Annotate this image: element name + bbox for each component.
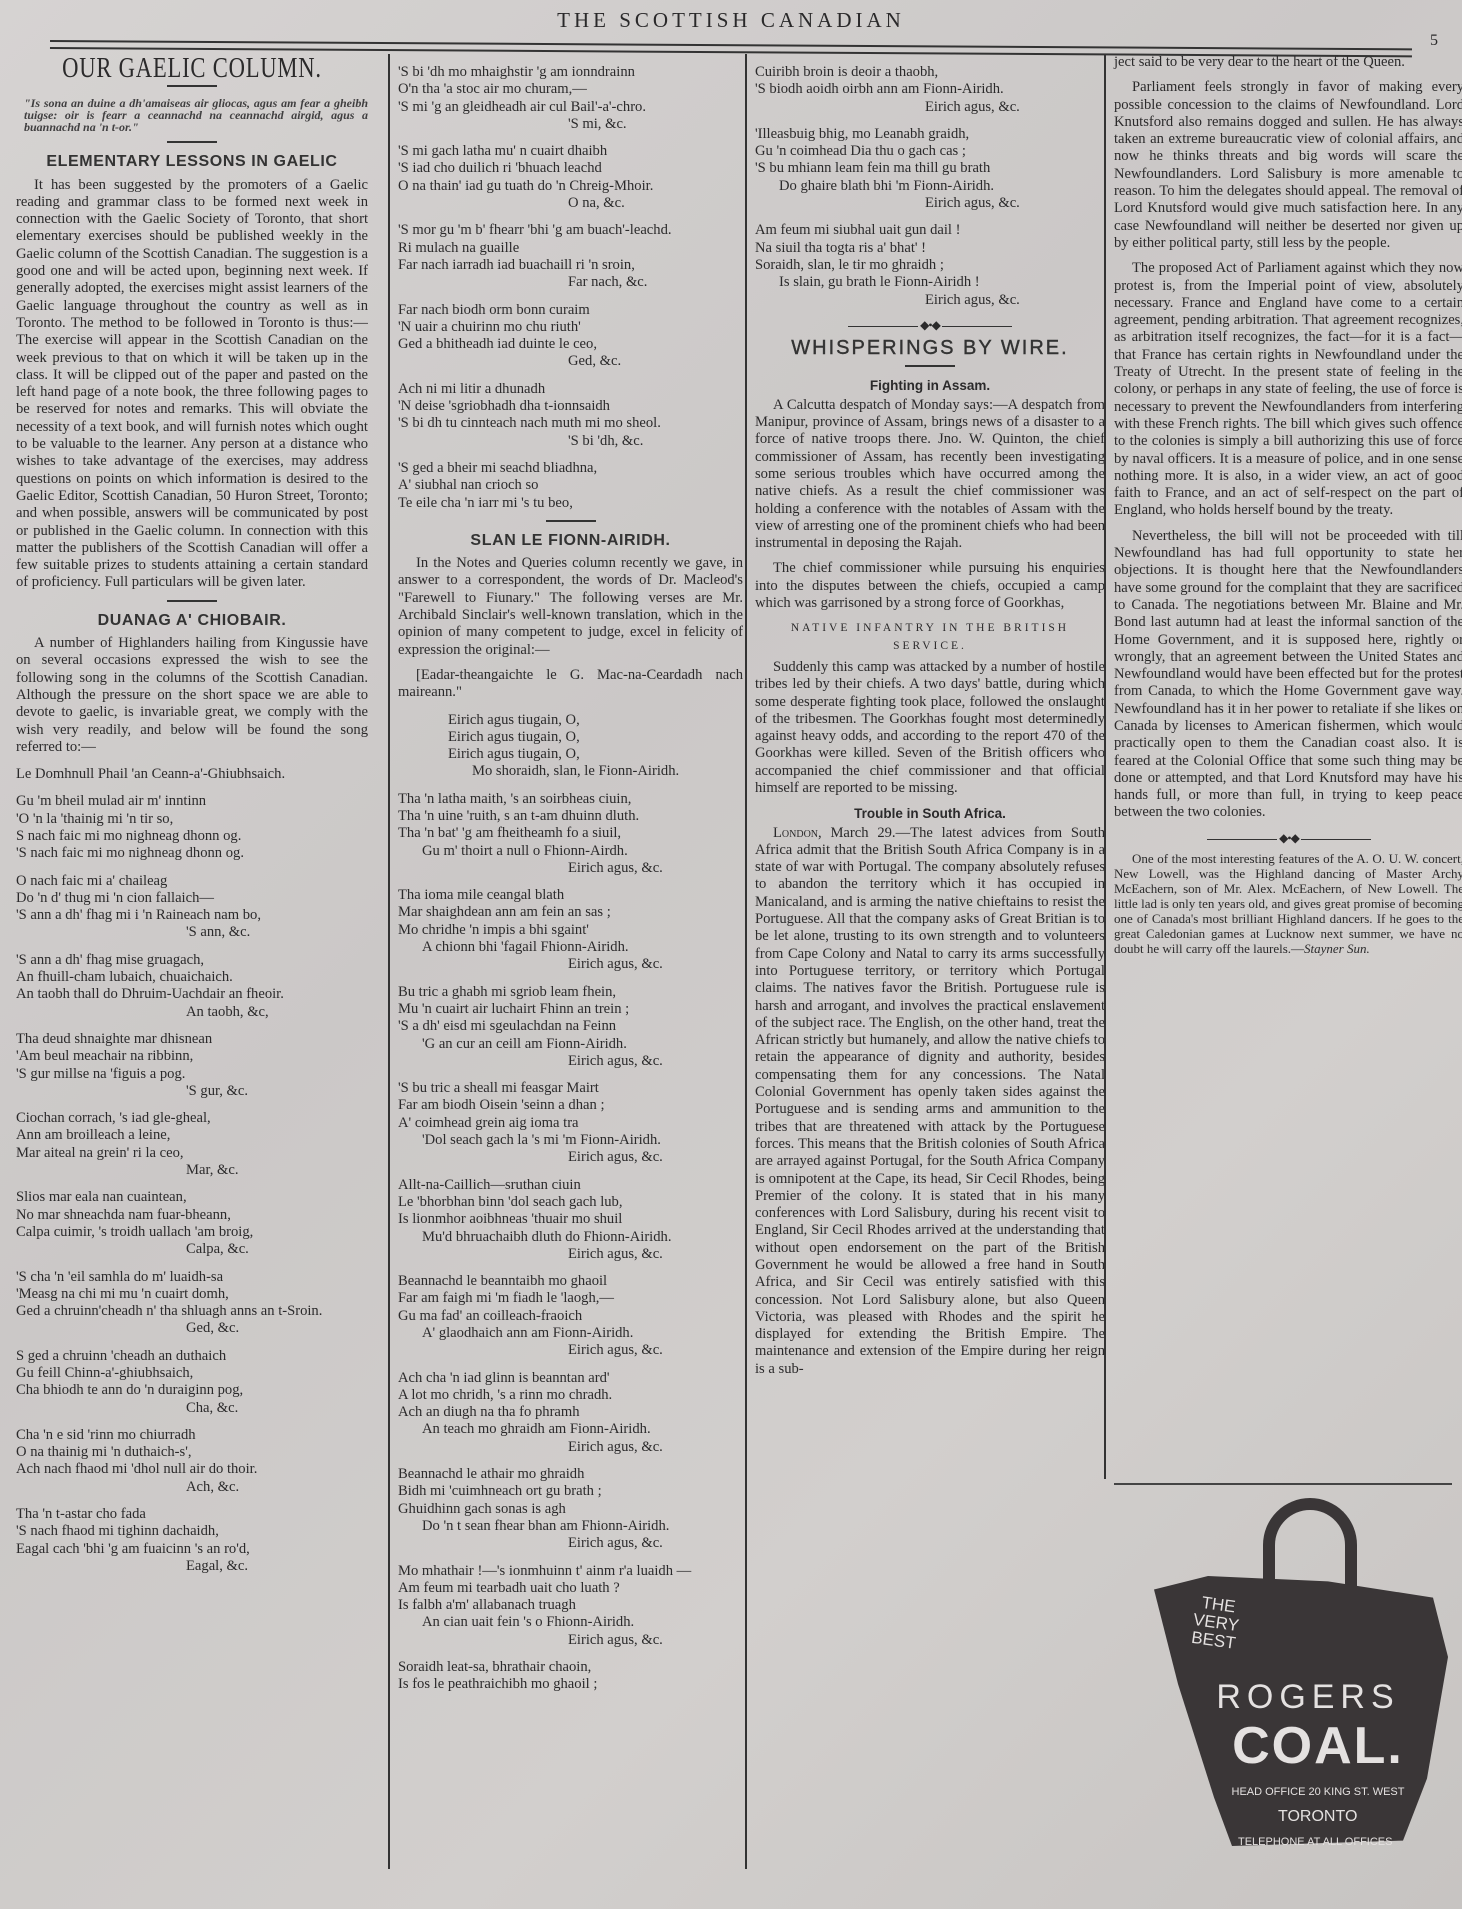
ad-telephone: TELEPHONE AT ALL OFFICES — [1238, 1836, 1392, 1848]
ad-divider — [1114, 1483, 1452, 1485]
verse-line: A' siubhal nan crioch so — [398, 477, 743, 494]
chorus-cue: Eagal, &c. — [16, 1558, 368, 1575]
slan-verses-continued: Cuiribh broin is deoir a thaobh,'S biodh… — [755, 64, 1105, 309]
verse-line: Mu 'n cuairt air luchairt Fhinn an trein… — [398, 1001, 743, 1018]
verse-line: 'S iad cho duilich ri 'bhuach leachd — [398, 160, 743, 177]
verse-line: 'S nach fhaod mi tighinn dachaidh, — [16, 1523, 368, 1540]
verse-line: Bu tric a ghabh mi sgriob leam fhein, — [398, 984, 743, 1001]
verse-line: Mo chridhe 'n impis a bhi sgaint' — [398, 922, 743, 939]
verse-line: 'S cha 'n 'eil samhla do m' luaidh-sa — [16, 1269, 368, 1286]
verse-line: Beannachd le beanntaibh mo ghaoil — [398, 1273, 743, 1290]
ad-address: HEAD OFFICE 20 KING ST. WEST — [1208, 1786, 1428, 1799]
verse: Beannachd le athair mo ghraidhBidh mi 'c… — [398, 1466, 743, 1552]
column-4: ject said to be very dear to the heart o… — [1104, 54, 1462, 1479]
verse-line: 'O 'n la 'thainig mi 'n tir so, — [16, 811, 368, 828]
verse-line: Soraidh, slan, le tir mo ghraidh ; — [755, 257, 1105, 274]
ad-brand: ROGERS — [1178, 1678, 1438, 1717]
verse: O nach faic mi a' chaileagDo 'n d' thug … — [16, 873, 368, 942]
chorus-cue: Cha, &c. — [16, 1400, 368, 1417]
verse-line: Tha 'n latha maith, 's an soirbheas ciui… — [398, 791, 743, 808]
verse-line: Te eile cha 'n iarr mi 's tu beo, — [398, 495, 743, 512]
verse-line: Tha ioma mile ceangal blath — [398, 887, 743, 904]
verse-line: Beannachd le athair mo ghraidh — [398, 1466, 743, 1483]
verse-line: 'N deise 'sgriobhadh dha t-ionnsaidh — [398, 398, 743, 415]
verse-line: Am feum mi siubhal uait gun dail ! — [755, 222, 1105, 239]
chorus-cue: 'S bi 'dh, &c. — [398, 433, 743, 450]
verse-line: Far am faigh mi 'm fiadh le 'laogh,— — [398, 1290, 743, 1307]
duanag-verses-continued: 'S bi 'dh mo mhaighstir 'g am ionndrainn… — [398, 64, 743, 512]
verse: Cuiribh broin is deoir a thaobh,'S biodh… — [755, 64, 1105, 116]
verse-line: 'S mi 'g an gleidheadh air cul Bail'-a'-… — [398, 99, 743, 116]
verse: 'S ann a dh' fhag mise gruagach,An fhuil… — [16, 952, 368, 1021]
page-number: 5 — [1430, 32, 1438, 50]
verse-line: Mo mhathair !—'s ionmhuinn t' ainm r'a l… — [398, 1563, 743, 1580]
verse-line: Far nach iarradh iad buachaill ri 'n sro… — [398, 257, 743, 274]
verse-line: Far am biodh Oisein 'seinn a dhan ; — [398, 1097, 743, 1114]
verse: Gu 'm bheil mulad air m' inntinn'O 'n la… — [16, 793, 368, 862]
africa-para: London, March 29.—The latest advices fro… — [755, 825, 1105, 1379]
verse-line: Tha deud shnaighte mar dhisnean — [16, 1031, 368, 1048]
verse: Slios mar eala nan cuaintean,No mar shne… — [16, 1189, 368, 1258]
verse-line: Do ghaire blath bhi 'm Fionn-Airidh. — [755, 178, 1105, 195]
verse-line: O nach faic mi a' chaileag — [16, 873, 368, 890]
ornament-divider: ◆•◆ — [755, 317, 1105, 334]
verse-line: Ghuidhinn gach sonas is agh — [398, 1501, 743, 1518]
slan-verses: Tha 'n latha maith, 's an soirbheas ciui… — [398, 791, 743, 1694]
chorus-cue: Ged, &c. — [16, 1320, 368, 1337]
verse-line: Allt-na-Caillich—sruthan ciuin — [398, 1177, 743, 1194]
chorus-cue: Ach, &c. — [16, 1479, 368, 1496]
verse-line: Is lionmhor aoibhneas 'thuair mo shuil — [398, 1211, 743, 1228]
chorus-cue: 'S gur, &c. — [16, 1083, 368, 1100]
notice-source: Stayner Sun. — [1304, 941, 1370, 956]
verse-line: Is slain, gu brath le Fionn-Airidh ! — [755, 274, 1105, 291]
verse: Allt-na-Caillich—sruthan ciuinLe 'bhorbh… — [398, 1177, 743, 1263]
verse-line: 'S a dh' eisd mi sgeulachdan na Feinn — [398, 1018, 743, 1035]
gaelic-column-title: OUR GAELIC COLUMN. — [55, 60, 330, 77]
africa-subheading: Trouble in South Africa. — [755, 805, 1105, 822]
verse-line: An fhuill-cham lubaich, chuaichaich. — [16, 969, 368, 986]
verse-line: An teach mo ghraidh am Fionn-Airidh. — [398, 1421, 743, 1438]
verse-line: Mu'd bhruachaibh dluth do Fhionn-Airidh. — [398, 1229, 743, 1246]
verse-line: 'S bi 'dh mo mhaighstir 'g am ionndrainn — [398, 64, 743, 81]
slan-translator: [Eadar-theangaichte le G. Mac-na-Ceardad… — [398, 667, 743, 702]
refrain-line: Eirich agus tiugain, O, — [448, 712, 743, 729]
verse: 'S mi gach latha mu' n cuairt dhaibh'S i… — [398, 143, 743, 212]
chorus-cue: Eirich agus, &c. — [755, 99, 1105, 116]
verse-line: 'S ann a dh' fhag mi i 'n Raineach nam b… — [16, 907, 368, 924]
assam-para-3: Suddenly this camp was attacked by a num… — [755, 659, 1105, 797]
verse: Tha deud shnaighte mar dhisnean'Am beul … — [16, 1031, 368, 1100]
verse-line: No mar shneachda nam fuar-bheann, — [16, 1207, 368, 1224]
ad-tagline: THE VERY BEST — [1173, 1591, 1260, 1656]
verse-line: Gu 'm bheil mulad air m' inntinn — [16, 793, 368, 810]
ad-product: COAL. — [1198, 1716, 1438, 1776]
ornament-divider: ◆•◆ — [1114, 830, 1462, 847]
chorus-cue: Eirich agus, &c. — [398, 956, 743, 973]
verse-line: 'S mi gach latha mu' n cuairt dhaibh — [398, 143, 743, 160]
verse-line: Ann am broilleach a leine, — [16, 1127, 368, 1144]
whisperings-heading: WHISPERINGS BY WIRE. — [755, 340, 1105, 357]
column-1: OUR GAELIC COLUMN. "Is sona an duine a d… — [16, 54, 368, 1869]
verse-line: O'n tha 'a stoc air mo churam,— — [398, 81, 743, 98]
verse-line: Tha 'n bat' 'g am fheitheamh fo a siuil, — [398, 825, 743, 842]
notice-text: One of the most interesting features of … — [1114, 851, 1462, 956]
rogers-coal-advertisement: THE VERY BEST ROGERS COAL. HEAD OFFICE 2… — [1128, 1486, 1448, 1886]
chorus-cue: Eirich agus, &c. — [398, 860, 743, 877]
verse-line: 'Dol seach gach la 's mi 'm Fionn-Airidh… — [398, 1132, 743, 1149]
duanag-intro: A number of Highlanders hailing from Kin… — [16, 635, 368, 756]
verse: 'S cha 'n 'eil samhla do m' luaidh-sa'Me… — [16, 1269, 368, 1338]
chorus-cue: Calpa, &c. — [16, 1241, 368, 1258]
chorus-cue: Eirich agus, &c. — [398, 1632, 743, 1649]
newfoundland-para-2: The proposed Act of Parliament against w… — [1114, 260, 1462, 519]
refrain-line: Mo shoraidh, slan, le Fionn-Airidh. — [448, 763, 743, 780]
chorus-cue: O na, &c. — [398, 195, 743, 212]
verse: 'S ged a bheir mi seachd bliadhna,A' siu… — [398, 460, 743, 512]
verse-line: An taobh thall do Dhruim-Uachdair an fhe… — [16, 986, 368, 1003]
verse-line: 'N uair a chuirinn mo chu riuth' — [398, 319, 743, 336]
verse: Cha 'n e sid 'rinn mo chiurradhO na thai… — [16, 1427, 368, 1496]
verse: Mo mhathair !—'s ionmhuinn t' ainm r'a l… — [398, 1563, 743, 1649]
chorus-cue: Eirich agus, &c. — [398, 1149, 743, 1166]
verse-line: S nach faic mi mo nighneag dhonn og. — [16, 828, 368, 845]
chorus-cue: Eirich agus, &c. — [398, 1342, 743, 1359]
chorus-cue: Eirich agus, &c. — [398, 1246, 743, 1263]
verse-line: Ciochan corrach, 's iad gle-gheal, — [16, 1110, 368, 1127]
chorus-cue: Mar, &c. — [16, 1162, 368, 1179]
verse-line: Bidh mi 'cuimhneach ort gu brath ; — [398, 1483, 743, 1500]
verse-line: 'S mor gu 'm b' fhearr 'bhi 'g am buach'… — [398, 222, 743, 239]
chorus-cue: Eirich agus, &c. — [755, 195, 1105, 212]
verse-line: 'S bu mhiann leam fein ma thill gu brath — [755, 160, 1105, 177]
verse-line: Le 'bhorbhan binn 'dol seach gach lub, — [398, 1194, 743, 1211]
slan-refrain: Eirich agus tiugain, O, Eirich agus tiug… — [398, 712, 743, 781]
refrain-line: Eirich agus tiugain, O, — [448, 729, 743, 746]
gaelic-motto: "Is sona an duine a dh'amaiseas air glio… — [16, 97, 368, 133]
verse-line: Ri mulach na guaille — [398, 240, 743, 257]
duanag-heading: DUANAG A' CHIOBAIR. — [16, 612, 368, 629]
verse-line: 'S biodh aoidh oirbh ann am Fionn-Airidh… — [755, 81, 1105, 98]
lessons-body: It has been suggested by the promoters o… — [16, 177, 368, 592]
verse-line: 'S ged a bheir mi seachd bliadhna, — [398, 460, 743, 477]
verse-line: A' glaodhaich ann am Fionn-Airidh. — [398, 1325, 743, 1342]
song-byline: Le Domhnull Phail 'an Ceann-a'-Ghiubhsai… — [16, 766, 368, 783]
verse-line: Ged a bhitheadh iad duinte le ceo, — [398, 336, 743, 353]
divider — [167, 600, 217, 602]
verse: Far nach biodh orm bonn curaim'N uair a … — [398, 302, 743, 371]
verse: 'S mor gu 'm b' fhearr 'bhi 'g am buach'… — [398, 222, 743, 291]
verse-line: A' coimhead grein aig ioma tra — [398, 1115, 743, 1132]
newfoundland-para-1: Parliament feels strongly in favor of ma… — [1114, 79, 1462, 252]
verse: Tha 'n latha maith, 's an soirbheas ciui… — [398, 791, 743, 877]
verse-line: Ged a chruinn'cheadh n' tha shluagh anns… — [16, 1303, 368, 1320]
verse-line: Ach nach fhaod mi 'dhol null air do thoi… — [16, 1461, 368, 1478]
verse: 'Illeasbuig bhig, mo Leanabh graidh,Gu '… — [755, 126, 1105, 212]
verse: Ach cha 'n iad glinn is beanntan ard'A l… — [398, 1370, 743, 1456]
verse-line: Do 'n d' thug mi 'n cion fallaich— — [16, 890, 368, 907]
divider — [167, 141, 217, 143]
verse-line: 'Measg na chi mi mu 'n cuairt domh, — [16, 1286, 368, 1303]
verse-line: Slios mar eala nan cuaintean, — [16, 1189, 368, 1206]
verse-line: An cian uait fein 's o Fhionn-Airidh. — [398, 1614, 743, 1631]
assam-subheading: Fighting in Assam. — [755, 377, 1105, 394]
verse-line: 'S ann a dh' fhag mise gruagach, — [16, 952, 368, 969]
verse-line: A chionn bhi 'fagail Fhionn-Airidh. — [398, 939, 743, 956]
chorus-cue: Eirich agus, &c. — [755, 292, 1105, 309]
verse-line: O na thain' iad gu tuath do 'n Chreig-Mh… — [398, 178, 743, 195]
verse: Soraidh leat-sa, bhrathair chaoin,Is fos… — [398, 1659, 743, 1694]
verse-line: Ach an diugh na tha fo phramh — [398, 1404, 743, 1421]
assam-para-2: The chief commissioner while pursuing hi… — [755, 560, 1105, 612]
verse-line: 'S bi dh tu cinnteach nach muth mi mo sh… — [398, 415, 743, 432]
verse-line: Na siuil tha togta ris a' bhat' ! — [755, 240, 1105, 257]
chorus-cue: Far nach, &c. — [398, 274, 743, 291]
verse-line: 'S nach faic mi mo nighneag dhonn og. — [16, 845, 368, 862]
verse-line: O na thainig mi 'n duthaich-s', — [16, 1444, 368, 1461]
verse-line: Far nach biodh orm bonn curaim — [398, 302, 743, 319]
verse-line: Is falbh a'm' allabanach truagh — [398, 1597, 743, 1614]
chorus-cue: 'S ann, &c. — [16, 924, 368, 941]
chorus-cue: Eirich agus, &c. — [398, 1439, 743, 1456]
chorus-cue: An taobh, &c, — [16, 1004, 368, 1021]
lessons-heading: ELEMENTARY LESSONS IN GAELIC — [16, 153, 368, 170]
verse-line: Calpa cuimir, 's troidh uallach 'am broi… — [16, 1224, 368, 1241]
verse-line: Gu ma fad' an coilleach-fraoich — [398, 1308, 743, 1325]
refrain-line: Eirich agus tiugain, O, — [448, 746, 743, 763]
native-infantry-heading: NATIVE INFANTRY IN THE BRITISH SERVICE. — [755, 620, 1105, 655]
verse: Bu tric a ghabh mi sgriob leam fhein,Mu … — [398, 984, 743, 1070]
verse-line: Cuiribh broin is deoir a thaobh, — [755, 64, 1105, 81]
masthead-title: THE SCOTTISH CANADIAN — [0, 8, 1462, 33]
ad-city: TORONTO — [1278, 1808, 1357, 1826]
verse-line: Do 'n t sean fhear bhan am Fhionn-Airidh… — [398, 1518, 743, 1535]
chorus-cue: 'S mi, &c. — [398, 116, 743, 133]
verse: 'S bi 'dh mo mhaighstir 'g am ionndrainn… — [398, 64, 743, 133]
verse-line: 'G an cur an ceill am Fionn-Airidh. — [398, 1036, 743, 1053]
column-2: 'S bi 'dh mo mhaighstir 'g am ionndrainn… — [388, 54, 743, 1869]
verse: Am feum mi siubhal uait gun dail !Na siu… — [755, 222, 1105, 308]
verse-line: 'Illeasbuig bhig, mo Leanabh graidh, — [755, 126, 1105, 143]
verse-line: Ach ni mi litir a dhunadh — [398, 381, 743, 398]
verse: 'S bu tric a sheall mi feasgar MairtFar … — [398, 1080, 743, 1166]
chorus-cue: Ged, &c. — [398, 353, 743, 370]
verse-line: S ged a chruinn 'cheadh an duthaich — [16, 1348, 368, 1365]
verse: S ged a chruinn 'cheadh an duthaichGu fe… — [16, 1348, 368, 1417]
slan-intro: In the Notes and Queries column recently… — [398, 555, 743, 659]
chorus-cue: Eirich agus, &c. — [398, 1053, 743, 1070]
duanag-verses: Gu 'm bheil mulad air m' inntinn'O 'n la… — [16, 793, 368, 1575]
verse-line: Is fos le peathraichibh mo ghaoil ; — [398, 1676, 743, 1693]
verse-line: Cha bhiodh te ann do 'n duraiginn pog, — [16, 1382, 368, 1399]
verse: Tha ioma mile ceangal blathMar shaighdea… — [398, 887, 743, 973]
verse: Ciochan corrach, 's iad gle-gheal,Ann am… — [16, 1110, 368, 1179]
africa-text: March 29.—The latest advices from South … — [755, 825, 1105, 1377]
verse-line: Mar aiteal na grein' ri la ceo, — [16, 1145, 368, 1162]
dateline: London, — [773, 825, 822, 841]
verse-line: Soraidh leat-sa, bhrathair chaoin, — [398, 1659, 743, 1676]
divider — [167, 85, 217, 87]
assam-para-1: A Calcutta despatch of Monday says:—A de… — [755, 397, 1105, 553]
verse: Beannachd le beanntaibh mo ghaoilFar am … — [398, 1273, 743, 1359]
verse: Ach ni mi litir a dhunadh'N deise 'sgrio… — [398, 381, 743, 450]
verse-line: Gu 'n coimhead Dia thu o gach cas ; — [755, 143, 1105, 160]
verse-line: Tha 'n uine 'ruith, s an t-am dhuinn dlu… — [398, 808, 743, 825]
verse-line: 'S bu tric a sheall mi feasgar Mairt — [398, 1080, 743, 1097]
verse-line: Cha 'n e sid 'rinn mo chiurradh — [16, 1427, 368, 1444]
divider — [905, 365, 955, 367]
verse-line: 'S gur millse na 'figuis a pog. — [16, 1066, 368, 1083]
verse-line: Gu m' thoirt a null o Fhionn-Airdh. — [398, 843, 743, 860]
highland-dancer-notice: One of the most interesting features of … — [1114, 851, 1462, 956]
verse-line: Gu feill Chinn-a'-ghiubhsaich, — [16, 1365, 368, 1382]
verse-line: Mar shaighdean ann am fein an sas ; — [398, 904, 743, 921]
verse-line: Am feum mi tearbadh uait cho luath ? — [398, 1580, 743, 1597]
divider — [546, 520, 596, 522]
verse-line: A lot mo chridh, 's a rinn mo chradh. — [398, 1387, 743, 1404]
verse-line: Tha 'n t-astar cho fada — [16, 1506, 368, 1523]
newfoundland-para-3: Nevertheless, the bill will not be proce… — [1114, 528, 1462, 822]
verse: Tha 'n t-astar cho fada'S nach fhaod mi … — [16, 1506, 368, 1575]
verse-line: 'Am beul meachair na ribbinn, — [16, 1048, 368, 1065]
verse-line: Ach cha 'n iad glinn is beanntan ard' — [398, 1370, 743, 1387]
continued-text: ject said to be very dear to the heart o… — [1114, 54, 1462, 71]
column-3: Cuiribh broin is deoir a thaobh,'S biodh… — [745, 54, 1105, 1869]
slan-heading: SLAN LE FIONN-AIRIDH. — [398, 532, 743, 549]
verse-line: Eagal cach 'bhi 'g am fuaicinn 's an ro'… — [16, 1541, 368, 1558]
chorus-cue: Eirich agus, &c. — [398, 1535, 743, 1552]
